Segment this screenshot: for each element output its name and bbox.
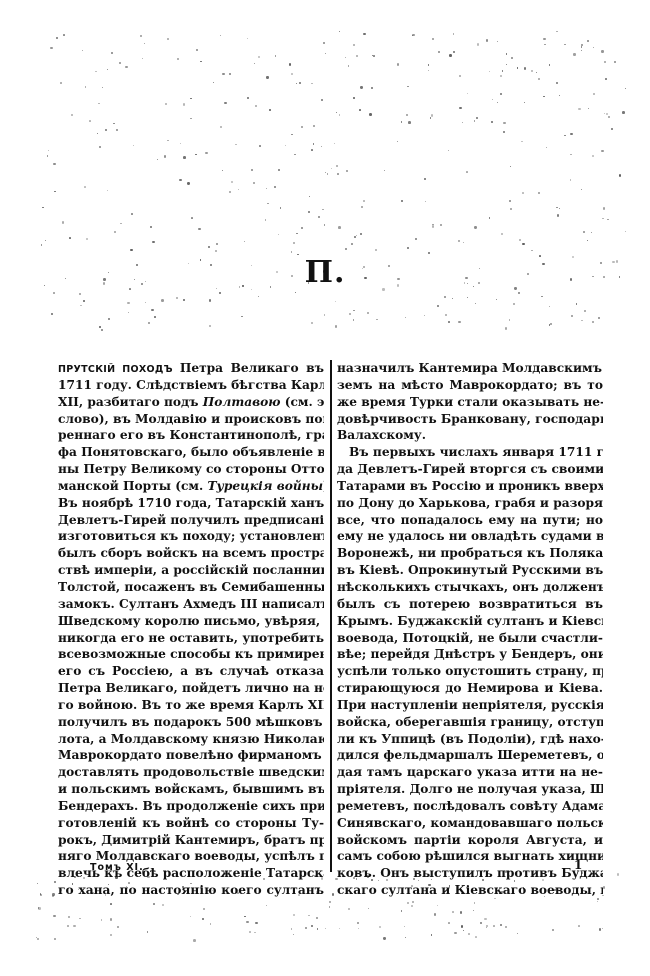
column-divider	[330, 360, 332, 872]
text-line: 1711 году. Слѣдствіемъ бѣгства Карла	[58, 377, 324, 394]
text-line: самъ собою рѣшился выгнать хищни-	[337, 848, 603, 865]
text-line: готовленій къ войнѣ со стороны Ту-	[58, 815, 324, 832]
text-line: никогда его не оставить, употребить	[58, 630, 324, 647]
text-line: въ Кіевѣ. Опрокинутый Русскими въ	[337, 562, 603, 579]
text-line: XII, разбитаго подъ Полтавою (см. это	[58, 394, 324, 411]
text-line: Татарами въ Россію и проникъ вверхъ	[337, 478, 603, 495]
text-line: довѣрчивость Бранковану, господарю	[337, 411, 603, 428]
text-line: Въ первыхъ числахъ января 1711 го-	[337, 444, 603, 461]
text-line: и польскимъ войскамъ, бывшимъ въ	[58, 781, 324, 798]
text-line: доставлять продовольствіе шведскимъ	[58, 764, 324, 781]
text-line: былъ съ потерею возвратиться въ	[337, 596, 603, 613]
text-line: Девлетъ-Гирей получилъ предписаніе	[58, 512, 324, 529]
text-line: При наступленіи непріятеля, русскія	[337, 697, 603, 714]
text-line: ли къ Уппицѣ (въ Подоліи), гдѣ нахо-	[337, 731, 603, 748]
text-line: лота, а Молдавскому князю Николаю	[58, 731, 324, 748]
text-line: же время Турки стали оказывать не-	[337, 394, 603, 411]
text-line: дая тамъ царскаго указа итти на не-	[337, 764, 603, 781]
text-line: по Дону до Харькова, грабя и разоряя	[337, 495, 603, 512]
text-line: Крымъ. Буджакскій султанъ и Кіевскій	[337, 613, 603, 630]
text-line: нѣсколькихъ стычкахъ, онъ долженъ	[337, 579, 603, 596]
text-line: ствѣ имперіи, а россійскій посланникъ,	[58, 562, 324, 579]
text-line: го хана, по настоянію коего султанъ	[58, 882, 324, 899]
text-line: земъ на мѣсто Маврокордато; въ то	[337, 377, 603, 394]
text-line: манской Порты (см. Турецкія войны).	[58, 478, 324, 495]
text-line: пріятеля. Долго не получая указа, Ше-	[337, 781, 603, 798]
text-line: Бендерахъ. Въ продолженіе сихъ при-	[58, 798, 324, 815]
text-line: Шведскому королю письмо, увѣряя, что	[58, 613, 324, 630]
text-line: Синявскаго, командовавшаго польскимъ	[337, 815, 603, 832]
text-line: все, что попадалось ему на пути; но	[337, 512, 603, 529]
text-line: рокъ, Димитрій Кантемиръ, братъ преж-	[58, 832, 324, 849]
text-line: его съ Россіею, а въ случаѣ отказа	[58, 663, 324, 680]
text-line: да Девлетъ-Гирей вторгся съ своими	[337, 461, 603, 478]
text-line: воевода, Потоцкій, не были счастли-	[337, 630, 603, 647]
text-line: го войною. Въ то же время Карлъ XII	[58, 697, 324, 714]
text-line: назначилъ Кантемира Молдавскимъ кня-	[337, 360, 603, 377]
text-line: реметевъ, послѣдовалъ совѣту Адама	[337, 798, 603, 815]
section-letter-heading: П.	[0, 255, 650, 290]
text-line: Въ ноябрѣ 1710 года, Татарскій ханъ	[58, 495, 324, 512]
text-line: стирающуюся до Немирова и Кіева.	[337, 680, 603, 697]
text-line: Петра Великаго, пойдетъ лично на не-	[58, 680, 324, 697]
text-line: ПРУТСКІЙ ПОХОДЪ Петра Великаго въ	[58, 360, 324, 377]
text-line: былъ сборъ войскъ на всемъ простран-	[58, 545, 324, 562]
volume-label: Томъ XI.	[90, 862, 144, 873]
text-line: получилъ въ подарокъ 500 мѣшковъ зо-	[58, 714, 324, 731]
right-text-column: назначилъ Кантемира Молдавскимъ кня-земъ…	[337, 360, 603, 899]
text-line: вѣе; перейдя Днѣстръ у Бендеръ, они	[337, 646, 603, 663]
text-line: ковъ. Онъ выступилъ противъ Буджак-	[337, 865, 603, 882]
text-line: войска, оберегавшія границу, отступи-	[337, 714, 603, 731]
text-line: успѣли только опустошить страну, про-	[337, 663, 603, 680]
text-line: замокъ. Султанъ Ахмедъ III написалъ	[58, 596, 324, 613]
text-line: реннаго его въ Константинополѣ, гра-	[58, 427, 324, 444]
text-line: дился фельдмаршалъ Шереметевъ, ожи-	[337, 747, 603, 764]
text-line: Валахскому.	[337, 427, 603, 444]
text-line: фа Понятовскаго, было объявленіе вой-	[58, 444, 324, 461]
text-line: изготовиться къ походу; установленъ	[58, 528, 324, 545]
text-line: Толстой, посаженъ въ Семибашенный	[58, 579, 324, 596]
text-line: ны Петру Великому со стороны Отто-	[58, 461, 324, 478]
text-line: слово), въ Молдавію и происковъ повѣ-	[58, 411, 324, 428]
article-lead-term: ПРУТСКІЙ ПОХОДЪ	[58, 364, 180, 375]
text-line: всевозможные способы къ примиренію	[58, 646, 324, 663]
text-line: скаго султана и Кіевскаго воеводы, ко-	[337, 882, 603, 899]
text-line: войскомъ партіи короля Августа, и	[337, 832, 603, 849]
text-line: ему не удалось ни овладѣть судами въ	[337, 528, 603, 545]
signature-mark: 1	[574, 858, 582, 872]
left-text-column: ПРУТСКІЙ ПОХОДЪ Петра Великаго въ1711 го…	[58, 360, 324, 899]
text-line: Маврокордато повелѣно фирманомъ —	[58, 747, 324, 764]
text-line: Воронежѣ, ни пробраться къ Полякамъ	[337, 545, 603, 562]
